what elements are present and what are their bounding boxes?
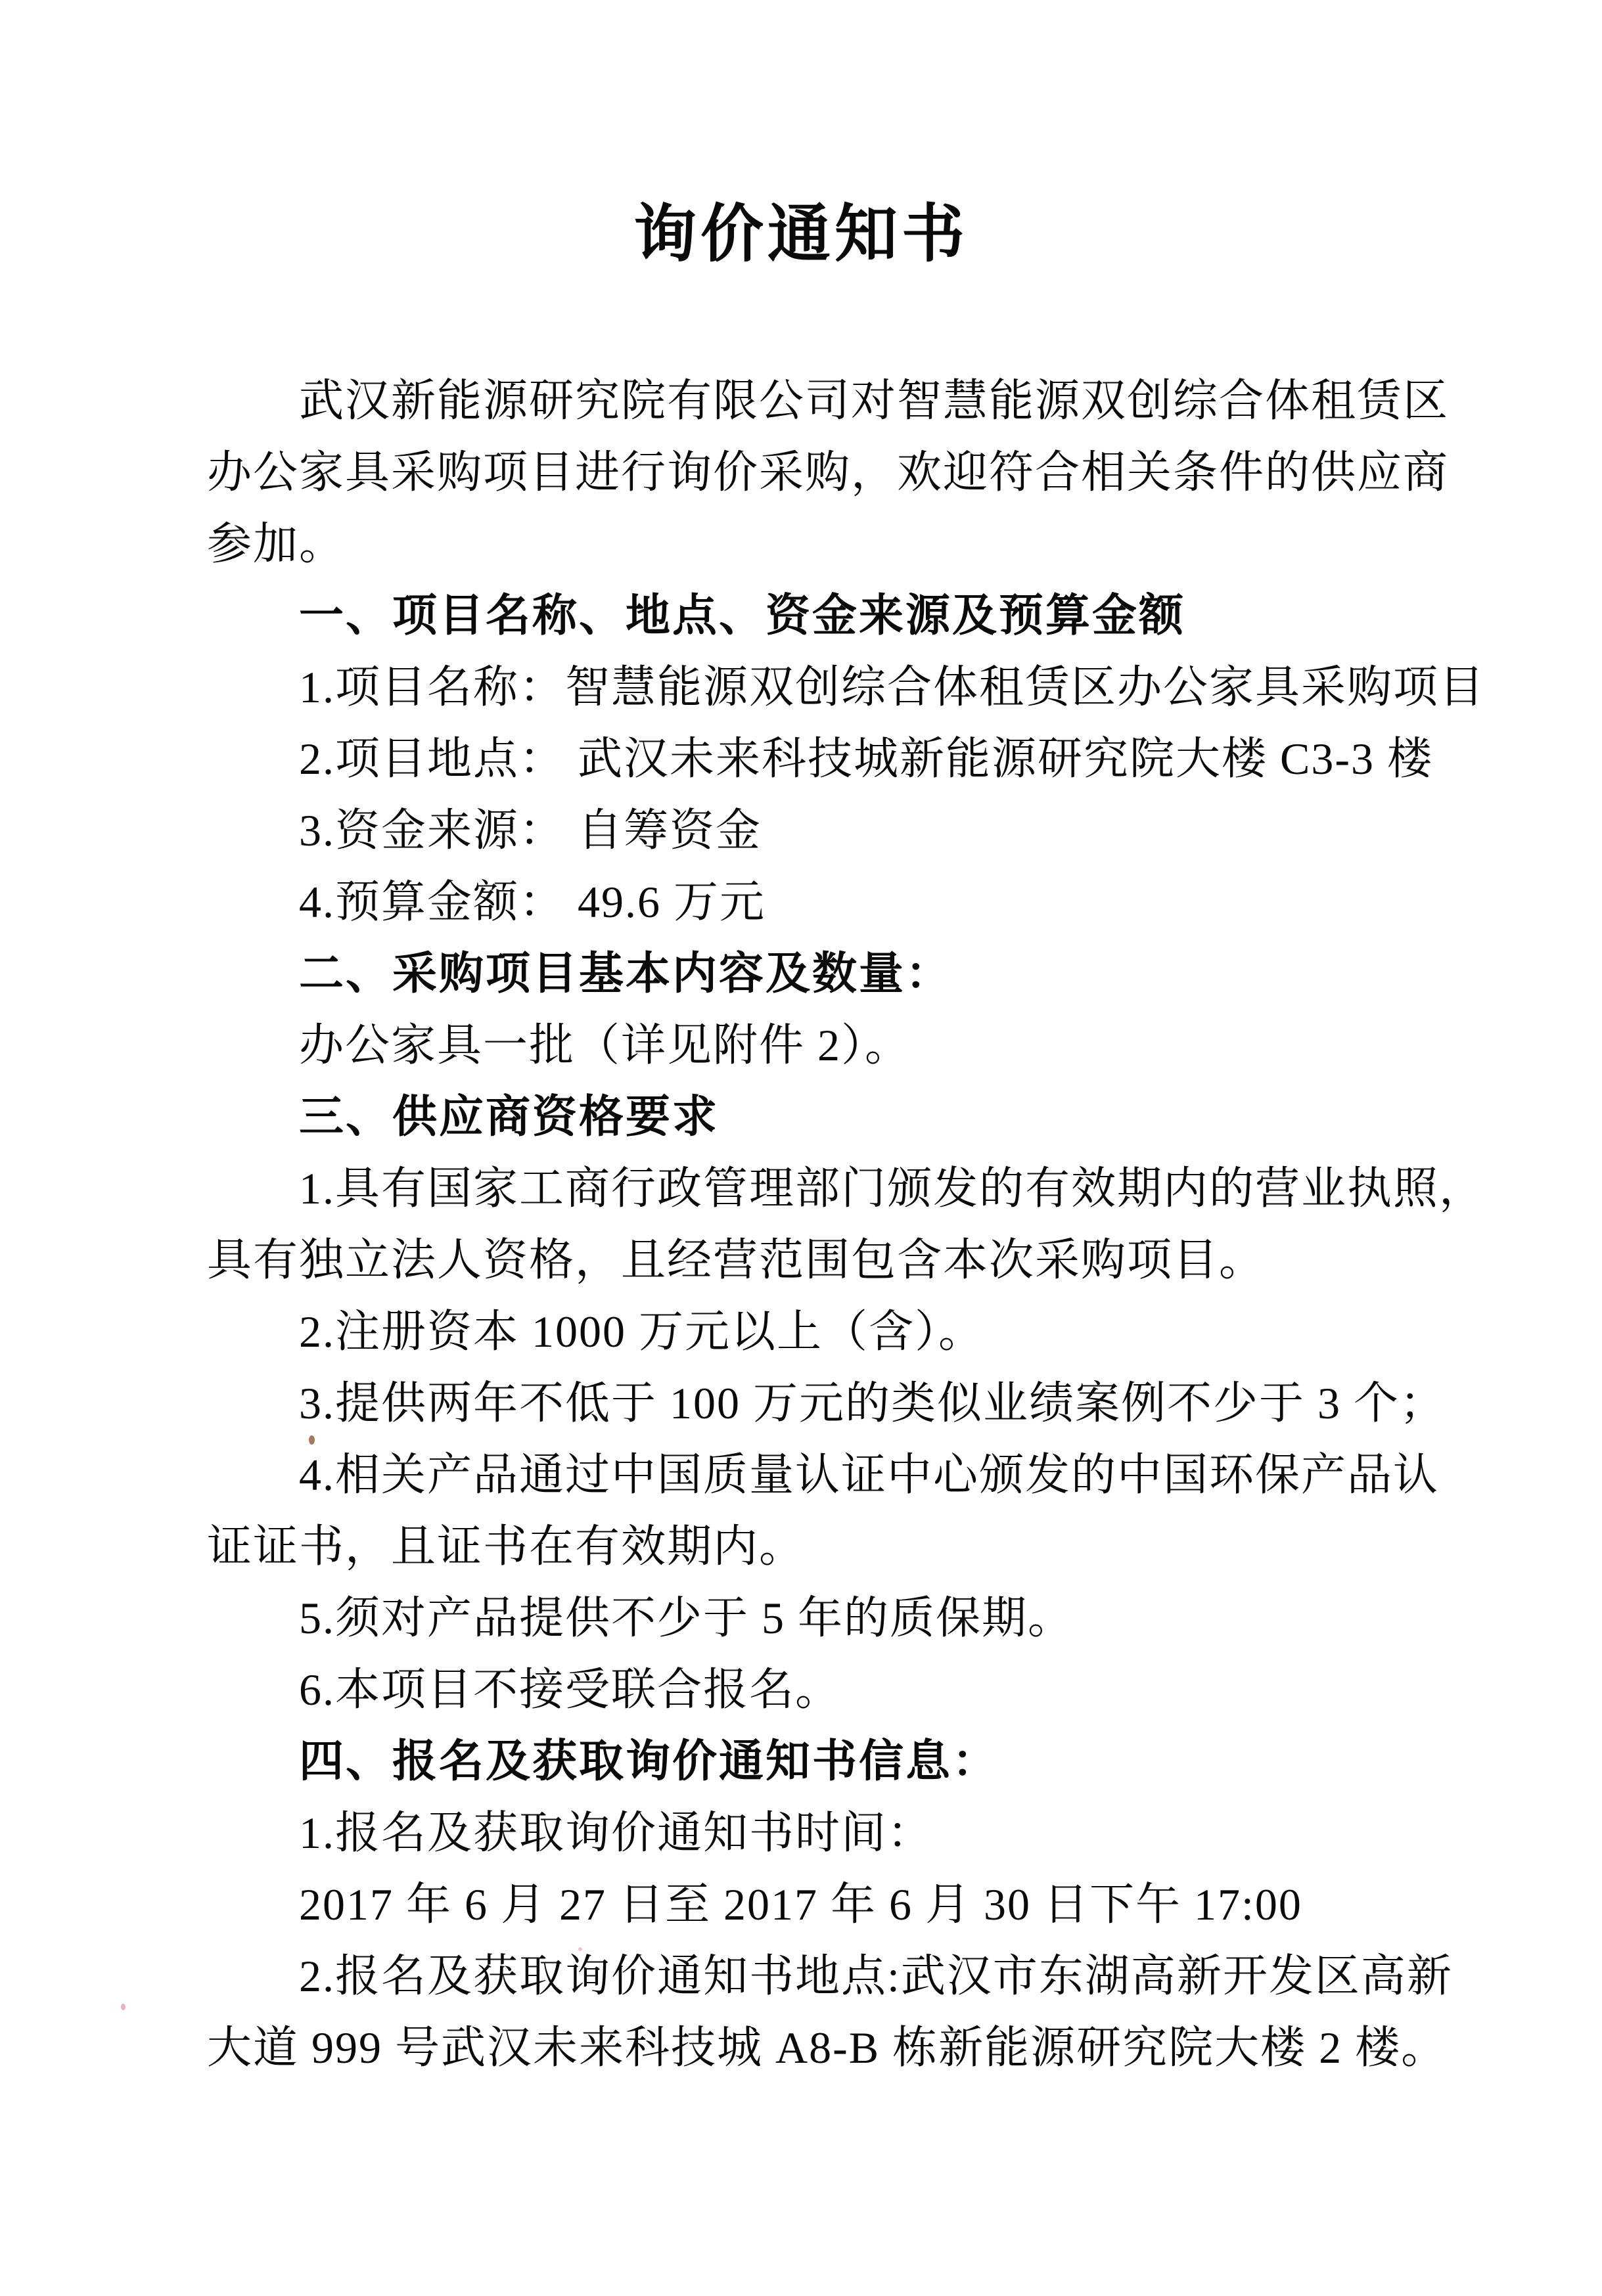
scan-speck	[578, 1947, 582, 1951]
text-line: 1.报名及获取询价通知书时间：	[207, 1797, 1518, 1869]
text-line: 3.资金来源： 自筹资金	[207, 795, 1518, 867]
section-heading: 三、供应商资格要求	[207, 1081, 1518, 1153]
text-line: 2.注册资本 1000 万元以上（含）。	[207, 1296, 1518, 1368]
document-page: 询价通知书 武汉新能源研究院有限公司对智慧能源双创综合体租赁区 办公家具采购项目…	[0, 0, 1602, 2296]
text-line: 武汉新能源研究院有限公司对智慧能源双创综合体租赁区	[207, 365, 1518, 437]
text-line: 2.报名及获取询价通知书地点:武汉市东湖高新开发区高新	[207, 1941, 1518, 2012]
text-line: 4.相关产品通过中国质量认证中心颁发的中国环保产品认	[207, 1439, 1518, 1511]
section-heading: 二、采购项目基本内容及数量：	[207, 938, 1518, 1010]
section-heading: 四、报名及获取询价通知书信息：	[207, 1726, 1518, 1797]
text-line: 3.提供两年不低于 100 万元的类似业绩案例不少于 3 个；	[207, 1368, 1518, 1439]
text-line: 1.项目名称：智慧能源双创综合体租赁区办公家具采购项目	[207, 652, 1518, 723]
text-line: 4.预算金额： 49.6 万元	[207, 867, 1518, 938]
text-line: 大道 999 号武汉未来科技城 A8-B 栋新能源研究院大楼 2 楼。	[207, 2012, 1518, 2084]
scan-speck	[309, 1435, 315, 1445]
text-line: 2017 年 6 月 27 日至 2017 年 6 月 30 日下午 17:00	[207, 1869, 1518, 1941]
text-line: 参加。	[207, 508, 1518, 580]
text-line: 6.本项目不接受联合报名。	[207, 1654, 1518, 1726]
text-line: 具有独立法人资格，且经营范围包含本次采购项目。	[207, 1225, 1518, 1296]
scan-speck	[121, 2004, 126, 2010]
document-title: 询价通知书	[0, 184, 1602, 274]
text-line: 5.须对产品提供不少于 5 年的质保期。	[207, 1583, 1518, 1654]
text-line: 证证书，且证书在有效期内。	[207, 1511, 1518, 1583]
text-line: 办公家具采购项目进行询价采购，欢迎符合相关条件的供应商	[207, 437, 1518, 508]
text-line: 办公家具一批（详见附件 2）。	[207, 1010, 1518, 1081]
document-body: 武汉新能源研究院有限公司对智慧能源双创综合体租赁区 办公家具采购项目进行询价采购…	[207, 365, 1518, 2084]
text-line: 2.项目地点： 武汉未来科技城新能源研究院大楼 C3-3 楼	[207, 723, 1518, 795]
section-heading: 一、项目名称、地点、资金来源及预算金额	[207, 580, 1518, 652]
text-line: 1.具有国家工商行政管理部门颁发的有效期内的营业执照，	[207, 1153, 1518, 1225]
